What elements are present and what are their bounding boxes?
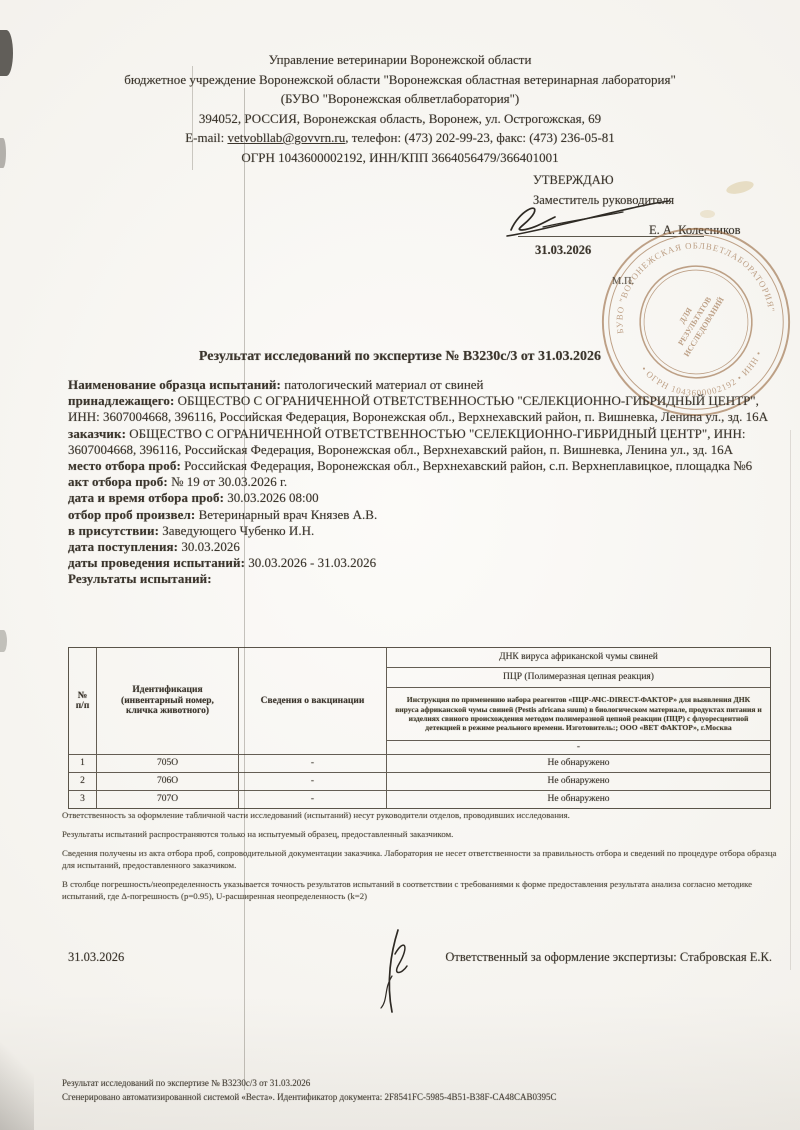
- org-header: Управление ветеринарии Воронежской облас…: [55, 50, 745, 167]
- col-header-method: ДНК вируса африканской чумы свиней ПЦР (…: [387, 648, 770, 754]
- note-1: Ответственность за оформление табличной …: [62, 809, 778, 821]
- approval-block: УТВЕРЖДАЮ Заместитель руководителя Е. А.…: [533, 170, 783, 210]
- phone-fax-text: , телефон: (473) 202-99-23, факс: (473) …: [345, 130, 615, 145]
- info-line-witness: в присутствии: Заведующего Чубенко И.Н.: [68, 523, 772, 539]
- info-line-sampling-datetime: дата и время отбора проб: 30.03.2026 08:…: [68, 490, 772, 506]
- org-shortname-line: (БУВО "Воронежская облветлаборатория"): [55, 89, 745, 109]
- org-address-line: 394052, РОССИЯ, Воронежская область, Вор…: [55, 109, 745, 129]
- row-vaccination: -: [239, 791, 387, 808]
- mp-mark: М.П.: [612, 276, 634, 287]
- row-id: 707O: [97, 791, 239, 808]
- row-result: Не обнаружено: [387, 773, 770, 790]
- scan-corner-shadow: [0, 1035, 34, 1130]
- info-line-sampling-act: акт отбора проб: № 19 от 30.03.2026 г.: [68, 474, 772, 490]
- row-id: 705O: [97, 755, 239, 772]
- disclaimer-notes: Ответственность за оформление табличной …: [62, 809, 778, 909]
- method-type: ПЦР (Полимеразная цепная реакция): [387, 668, 770, 688]
- org-fullname-line: бюджетное учреждение Воронежской области…: [55, 70, 745, 90]
- method-target: ДНК вируса африканской чумы свиней: [387, 648, 770, 668]
- note-3: Сведения получены из акта отбора проб, с…: [62, 847, 778, 871]
- org-contact-line: E-mail: vetvobllab@govvrn.ru, телефон: (…: [55, 128, 745, 148]
- info-line-receipt-date: дата поступления: 30.03.2026: [68, 539, 772, 555]
- col-header-identification: Идентификация (инвентарный номер, кличка…: [97, 648, 239, 754]
- row-result: Не обнаружено: [387, 791, 770, 808]
- row-num: 1: [69, 755, 97, 772]
- note-4: В столбце погрешность/неопределенность у…: [62, 878, 778, 902]
- scan-stain: [700, 210, 715, 218]
- table-row: 2 706O - Не обнаружено: [69, 772, 770, 790]
- email-label: E-mail:: [185, 130, 227, 145]
- scan-blotch: [0, 138, 6, 168]
- footer-generated-line: Сгенерировано автоматизированной системо…: [62, 1091, 557, 1105]
- method-uncertainty: -: [387, 741, 770, 754]
- approval-heading: УТВЕРЖДАЮ: [533, 170, 783, 190]
- sample-info-block: Наименование образца испытаний: патологи…: [68, 377, 772, 588]
- signoff-date: 31.03.2026: [68, 950, 124, 965]
- col-header-num: № п/п: [69, 648, 97, 754]
- info-line-owner: принадлежащего: ОБЩЕСТВО С ОГРАНИЧЕННОЙ …: [68, 393, 772, 425]
- row-vaccination: -: [239, 773, 387, 790]
- scan-fold-line: [244, 88, 245, 1090]
- email-link[interactable]: vetvobllab@govvrn.ru: [227, 130, 345, 145]
- method-instruction: Инструкция по применению набора реагенто…: [387, 688, 770, 741]
- scan-edge-line: [790, 430, 791, 970]
- footer-expertise-line: Результат исследований по экспертизе № В…: [62, 1077, 557, 1091]
- table-row: 3 707O - Не обнаружено: [69, 790, 770, 808]
- table-row: 1 705O - Не обнаружено: [69, 754, 770, 772]
- clerk-signature: [372, 926, 418, 1016]
- row-vaccination: -: [239, 755, 387, 772]
- page-title: Результат исследований по экспертизе № В…: [0, 349, 800, 365]
- org-ogrn-line: ОГРН 1043600002192, ИНН/КПП 3664056479/3…: [55, 148, 745, 168]
- note-2: Результаты испытаний распространяются то…: [62, 828, 778, 840]
- org-name-line: Управление ветеринарии Воронежской облас…: [55, 50, 745, 70]
- info-line-results-heading: Результаты испытаний:: [68, 571, 772, 587]
- responsible-person-text: Ответственный за оформление экспертизы: …: [445, 950, 772, 965]
- row-result: Не обнаружено: [387, 755, 770, 772]
- info-line-sample-name: Наименование образца испытаний: патологи…: [68, 377, 772, 393]
- results-table: № п/п Идентификация (инвентарный номер, …: [68, 647, 771, 809]
- col-header-vaccination: Сведения о вакцинации: [239, 648, 387, 754]
- row-num: 2: [69, 773, 97, 790]
- scan-blotch: [0, 30, 13, 76]
- info-line-sampled-by: отбор проб произвел: Ветеринарный врач К…: [68, 507, 772, 523]
- scanned-lab-report-page: { "org": { "line1": "Управление ветерина…: [0, 0, 800, 1130]
- document-footer: Результат исследований по экспертизе № В…: [62, 1077, 557, 1104]
- info-line-sampling-place: место отбора проб: Российская Федерация,…: [68, 458, 772, 474]
- row-num: 3: [69, 791, 97, 808]
- info-line-test-dates: даты проведения испытаний: 30.03.2026 - …: [68, 555, 772, 571]
- row-id: 706O: [97, 773, 239, 790]
- scan-blotch: [0, 630, 7, 652]
- info-line-customer: заказчик: ОБЩЕСТВО С ОГРАНИЧЕННОЙ ОТВЕТС…: [68, 426, 772, 458]
- approval-date: 31.03.2026: [535, 240, 591, 260]
- results-table-header: № п/п Идентификация (инвентарный номер, …: [69, 648, 770, 754]
